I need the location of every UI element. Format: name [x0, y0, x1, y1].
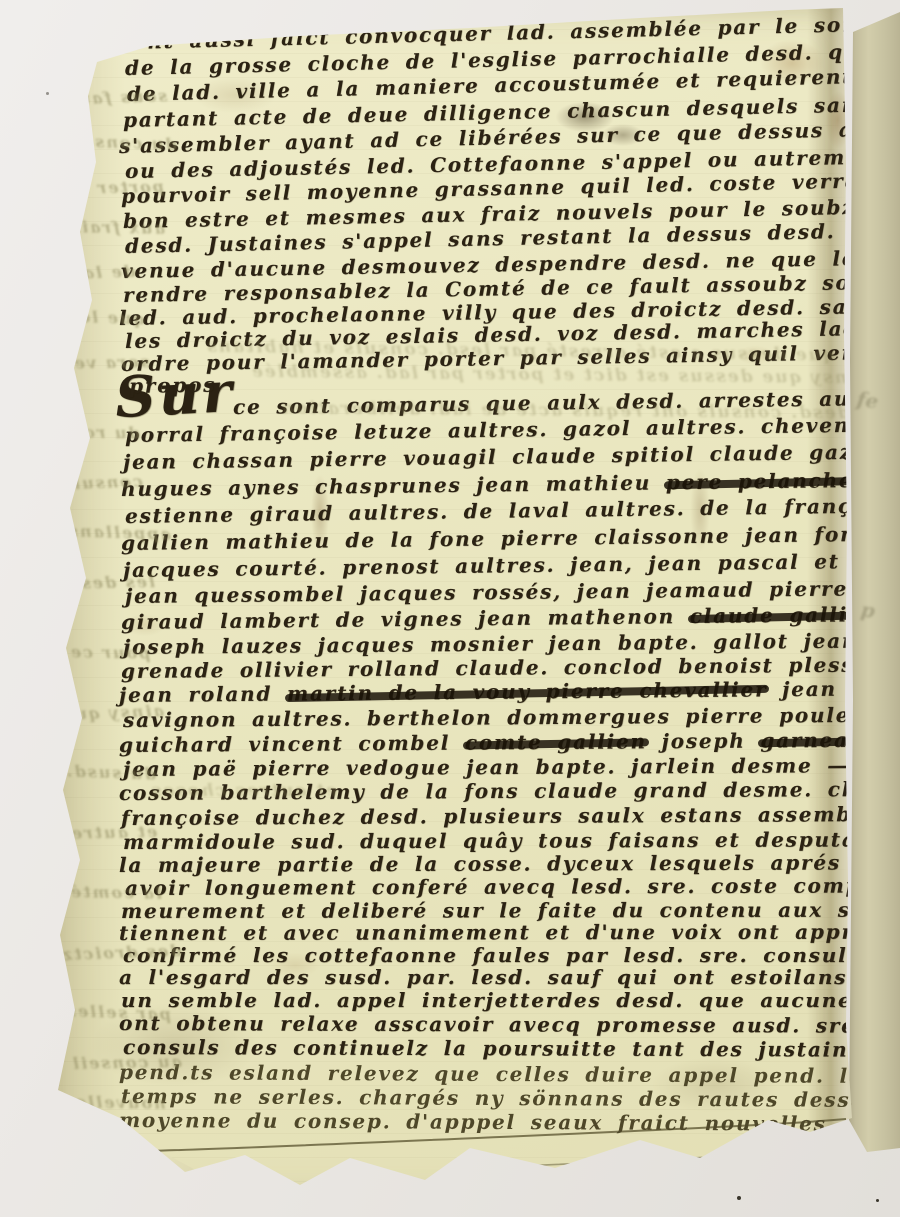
bleedthrough-line: sera veu	[59, 354, 150, 372]
manuscript-line: gallien mathieu de la fone pierre claiss…	[121, 523, 900, 553]
bleedthrough-line: aux fraiz	[69, 219, 165, 237]
struck-text: comte gallien	[465, 729, 647, 754]
bleedthrough-line: par selles	[65, 1003, 172, 1023]
bleedthrough-line: que les	[67, 309, 145, 328]
manuscript-line: savignon aultres. berthelon dommergues p…	[123, 704, 900, 730]
manuscript-line: la majeure partie de la cosse. dyceux le…	[119, 852, 841, 875]
manuscript-line: temps ne serles. chargés ny sönnans des …	[121, 1086, 900, 1110]
manuscript-line: moyenne du consep. d'apppel seaux fraict…	[119, 1110, 827, 1134]
manuscript-text: ont obtenu relaxe asscavoir avecq promes…	[119, 1011, 865, 1038]
struck-text: claude gallien	[690, 602, 879, 628]
bleedthrough-line: appellans	[67, 523, 172, 543]
dust-speck	[46, 92, 49, 95]
bleedthrough-line: du conseil	[65, 133, 177, 153]
bleedthrough-line: du susd.	[65, 763, 156, 782]
manuscript-line: marmidoule sud. duquel quây tous faisans…	[123, 829, 886, 852]
manuscript-text: moyenne du consep. d'apppel seaux fraict…	[119, 1108, 827, 1136]
manuscript-line: confirmé les cottefaonne faules par lesd…	[123, 945, 861, 965]
manuscript-line: jean chassan pierre vouagil claude spiti…	[123, 441, 900, 472]
bleedthrough-line: consuls	[61, 474, 143, 493]
bleedthrough-line: et autres choses	[150, 783, 337, 800]
manuscript-text: joseph	[647, 729, 761, 754]
manuscript-line: jean roland martin de la vouy pierre che…	[119, 678, 900, 705]
manuscript-line: avoir longuement conferé avecq lesd. sre…	[125, 875, 900, 898]
bleedthrough-line: et autres	[59, 824, 157, 842]
second-leaf: fe p	[843, 0, 900, 1162]
manuscript-text: françoise duchez desd. plusieurs saulx e…	[121, 802, 900, 830]
manuscript-line: françoise duchez desd. plusieurs saulx e…	[121, 804, 900, 828]
bleedthrough-line: pour ce	[69, 644, 151, 661]
manuscript-line: consuls des continuelz la poursuitte tan…	[123, 1037, 876, 1060]
manuscript-line: tiennent et avec unanimement et d'une vo…	[119, 922, 900, 943]
manuscript-text: a l'esgard des susd. par. lesd. sauf qui…	[119, 965, 900, 989]
manuscript-text: giraud lambert de vignes jean mathenon	[121, 604, 690, 634]
manuscript-line: guichard vincent combel comte gallien jo…	[119, 730, 900, 755]
struck-text: martin de la vouy pierre chevallier	[287, 677, 768, 705]
manuscript-page: Sur ce sont comparus que aulx desd. arre…	[55, 5, 855, 1205]
manuscript-line: propos	[129, 374, 217, 396]
bleedthrough-line: ainsy que	[61, 703, 164, 723]
bleedthrough-line: sous fault	[59, 88, 168, 108]
dust-speck	[876, 1199, 879, 1202]
manuscript-line: estienne giraud aultres. de laval aultre…	[125, 495, 900, 526]
manuscript-line: meurement et deliberé sur le faite du co…	[121, 900, 900, 921]
manuscript-text: guichard vincent combel	[119, 731, 465, 757]
bleedthrough-line: au conseil	[71, 1054, 182, 1072]
manuscript-text: un semble lad. appel interjetterdes desd…	[121, 988, 900, 1012]
manuscript-line: un semble lad. appel interjetterdes desd…	[121, 990, 900, 1010]
dust-speck	[737, 1196, 741, 1200]
bleedthrough-line: la comté	[69, 884, 162, 902]
bleedthrough-line: du roy	[71, 424, 140, 441]
bleedthrough-line: de lad.	[61, 264, 136, 283]
manuscript-text: avoir longuement conferé avecq lesd. sre…	[125, 873, 900, 900]
manuscript-line: jean quessombel jacques rossés, jean jea…	[125, 578, 848, 606]
manuscript-line: pend.ts esland relevez que celles duire …	[119, 1062, 864, 1086]
bleedthrough-line: ainsy que dessus est dict et porter par …	[250, 364, 869, 387]
bleedthrough-line: les desd.	[59, 574, 155, 592]
second-leaf-ghost-mark: p	[860, 599, 877, 621]
manuscript-text: tiennent et avec unanimement et d'une vo…	[119, 920, 900, 945]
manuscript-text: consuls des continuelz la poursuitte tan…	[123, 1035, 876, 1062]
manuscript-line: a l'esgard des susd. par. lesd. sauf qui…	[119, 967, 900, 987]
bleedthrough-line: nouvelles	[63, 1094, 166, 1112]
manuscript-text: hugues aynes chasprunes jean mathieu	[121, 470, 666, 501]
manuscript-line: ont obtenu relaxe asscavoir avecq promes…	[119, 1013, 865, 1036]
photo-background: fe p Sur ce sont comparus que aulx desd.…	[0, 0, 900, 1217]
manuscript-text: confirmé les cottefaonne faules par lesd…	[123, 943, 861, 967]
manuscript-line: jacques courté. prenost aultres. jean, j…	[123, 550, 900, 580]
bleedthrough-line: des droictz	[61, 943, 182, 963]
struck-text: pere pelanche	[666, 468, 854, 494]
second-leaf-ghost-mark: fe	[856, 389, 880, 412]
bleedthrough-line: porter les	[57, 179, 164, 197]
manuscript-line: giraud lambert de vignes jean mathenon c…	[121, 604, 879, 632]
manuscript-line: jean paë pierre vedogue jean bapte. jarl…	[123, 755, 849, 779]
